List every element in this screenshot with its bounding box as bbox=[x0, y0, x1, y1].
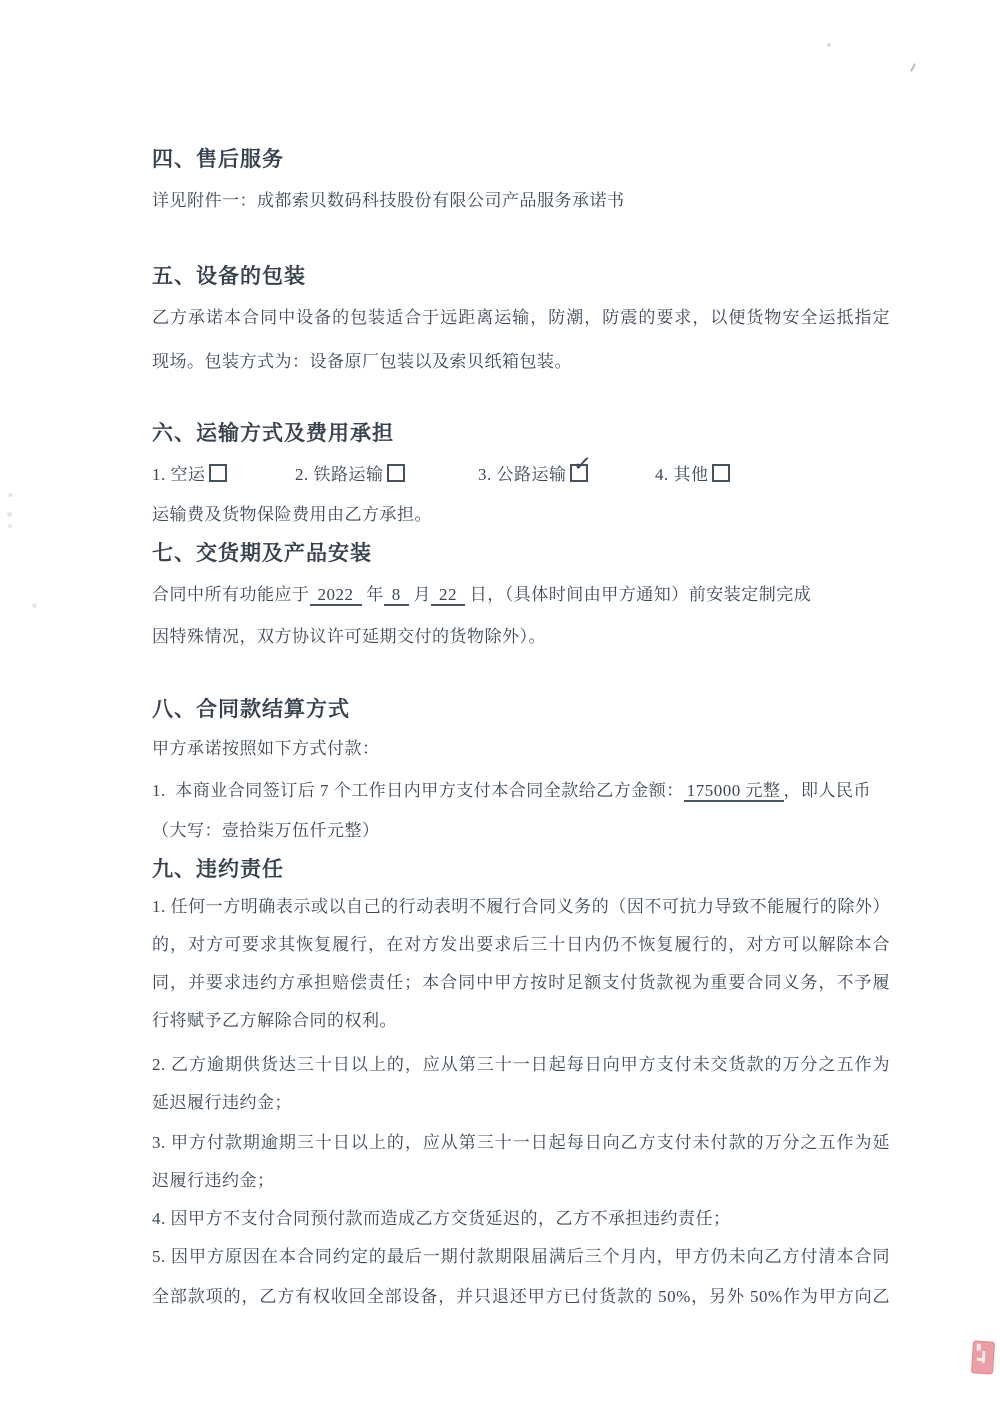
check-icon: ✓ bbox=[571, 453, 592, 477]
payment-intro: 甲方承诺按照如下方式付款： bbox=[152, 736, 890, 762]
year-field: 2022 bbox=[310, 585, 362, 606]
scan-speck bbox=[827, 43, 831, 47]
option-number: 4. bbox=[655, 465, 674, 484]
checkbox-unchecked-icon bbox=[387, 464, 405, 482]
payment-terms-line: 1. 本商业合同签订后 7 个工作日内甲方支付本合同全款给乙方金额：175000… bbox=[152, 778, 890, 804]
breach-clause-1-line-3: 同，并要求违约方承担赔偿责任；本合同中甲方按时足额支付货款视为重要合同义务，不予… bbox=[152, 970, 890, 996]
scan-speck bbox=[910, 63, 916, 72]
month-field: 8 bbox=[384, 585, 409, 606]
section-4-heading: 四、售后服务 bbox=[152, 146, 890, 172]
scan-speck bbox=[285, 709, 288, 712]
checkbox-checked-icon: ✓ bbox=[570, 464, 588, 482]
checkbox-unchecked-icon bbox=[209, 464, 227, 482]
option-number: 2. bbox=[295, 465, 314, 484]
option-label: 其他 bbox=[674, 465, 709, 484]
breach-clause-1-line-4: 行将赋予乙方解除合同的权利。 bbox=[152, 1008, 890, 1034]
section-9-heading: 九、违约责任 bbox=[152, 856, 890, 882]
breach-clause-3-line-1: 3. 甲方付款期逾期三十日以上的，应从第三十一日起每日向乙方支付未付款的万分之五… bbox=[152, 1130, 890, 1156]
transport-option-road: 3. 公路运输✓ bbox=[478, 462, 588, 488]
option-number: 1. bbox=[152, 465, 171, 484]
section-8-heading: 八、合同款结算方式 bbox=[152, 696, 890, 722]
section-5-heading: 五、设备的包装 bbox=[152, 263, 890, 289]
option-label: 铁路运输 bbox=[314, 465, 384, 484]
contract-page: 四、售后服务 详见附件一：成都索贝数码科技股份有限公司产品服务承诺书 五、设备的… bbox=[0, 0, 1000, 1414]
scan-speck bbox=[32, 603, 37, 608]
breach-clause-5-line-1: 5. 因甲方原因在本合同约定的最后一期付款期限届满后三个月内，甲方仍未向乙方付清… bbox=[152, 1244, 890, 1270]
payment-item-number: 1. bbox=[152, 781, 175, 800]
month-unit: 月 bbox=[409, 585, 431, 604]
option-label: 公路运输 bbox=[497, 465, 567, 484]
option-label: 空运 bbox=[171, 465, 206, 484]
section-5-line-1: 乙方承诺本合同中设备的包装适合于远距离运输，防潮，防震的要求，以便货物安全运抵指… bbox=[152, 305, 890, 331]
scan-speck bbox=[8, 524, 12, 528]
red-seal-stamp bbox=[971, 1340, 995, 1374]
checkbox-unchecked-icon bbox=[712, 464, 730, 482]
section-6-note: 运输费及货物保险费用由乙方承担。 bbox=[152, 502, 890, 528]
section-7-line-2: 因特殊情况，双方协议许可延期交付的货物除外）。 bbox=[152, 624, 890, 650]
breach-clause-5-line-2: 全部款项的，乙方有权收回全部设备，并只退还甲方已付货款的 50%，另外 50%作… bbox=[152, 1284, 890, 1310]
breach-clause-1-line-1: 1. 任何一方明确表示或以自己的行动表明不履行合同义务的（因不可抗力导致不能履行… bbox=[152, 894, 890, 920]
scan-speck bbox=[8, 493, 13, 497]
breach-clause-4: 4. 因甲方不支付合同预付款而造成乙方交货延迟的，乙方不承担违约责任； bbox=[152, 1206, 890, 1232]
breach-clause-2-line-1: 2. 乙方逾期供货达三十日以上的，应从第三十一日起每日向甲方支付未交货款的万分之… bbox=[152, 1052, 890, 1078]
option-number: 3. bbox=[478, 465, 497, 484]
day-field: 22 bbox=[431, 585, 465, 606]
scan-speck bbox=[7, 512, 12, 517]
breach-clause-1-line-2: 的，对方可要求其恢复履行，在对方发出要求后三十日内仍不恢复履行的，对方可以解除本… bbox=[152, 932, 890, 958]
amount-field: 175000 元整 bbox=[684, 781, 784, 802]
delivery-date-line: 合同中所有功能应于2022 年8 月22 日，（具体时间由甲方通知）前安装定制完… bbox=[152, 582, 890, 608]
breach-clause-2-line-2: 延迟履行违约金； bbox=[152, 1090, 890, 1116]
amount-in-words: （大写：壹拾柒万伍仟元整） bbox=[152, 818, 890, 844]
seal-mark bbox=[977, 1358, 983, 1361]
year-unit: 年 bbox=[362, 585, 384, 604]
transport-option-other: 4. 其他 bbox=[655, 462, 730, 488]
section-5-line-2: 现场。包装方式为：设备原厂包装以及索贝纸箱包装。 bbox=[152, 349, 890, 375]
date-line-pre: 合同中所有功能应于 bbox=[152, 585, 310, 604]
section-7-heading: 七、交货期及产品安装 bbox=[152, 540, 890, 566]
transport-option-air: 1. 空运 bbox=[152, 462, 227, 488]
seal-mark bbox=[976, 1344, 980, 1351]
payment-post: ，即人民币 bbox=[784, 781, 872, 800]
transport-option-rail: 2. 铁路运输 bbox=[295, 462, 405, 488]
transport-options-row: 1. 空运 2. 铁路运输 3. 公路运输✓ 4. 其他 bbox=[152, 462, 890, 488]
breach-clause-3-line-2: 迟履行违约金； bbox=[152, 1168, 890, 1194]
date-line-post: 日，（具体时间由甲方通知）前安装定制完成 bbox=[465, 585, 811, 604]
section-6-heading: 六、运输方式及费用承担 bbox=[152, 420, 890, 446]
payment-pre: 本商业合同签订后 7 个工作日内甲方支付本合同全款给乙方金额： bbox=[175, 781, 684, 800]
section-4-body: 详见附件一：成都索贝数码科技股份有限公司产品服务承诺书 bbox=[152, 188, 890, 214]
